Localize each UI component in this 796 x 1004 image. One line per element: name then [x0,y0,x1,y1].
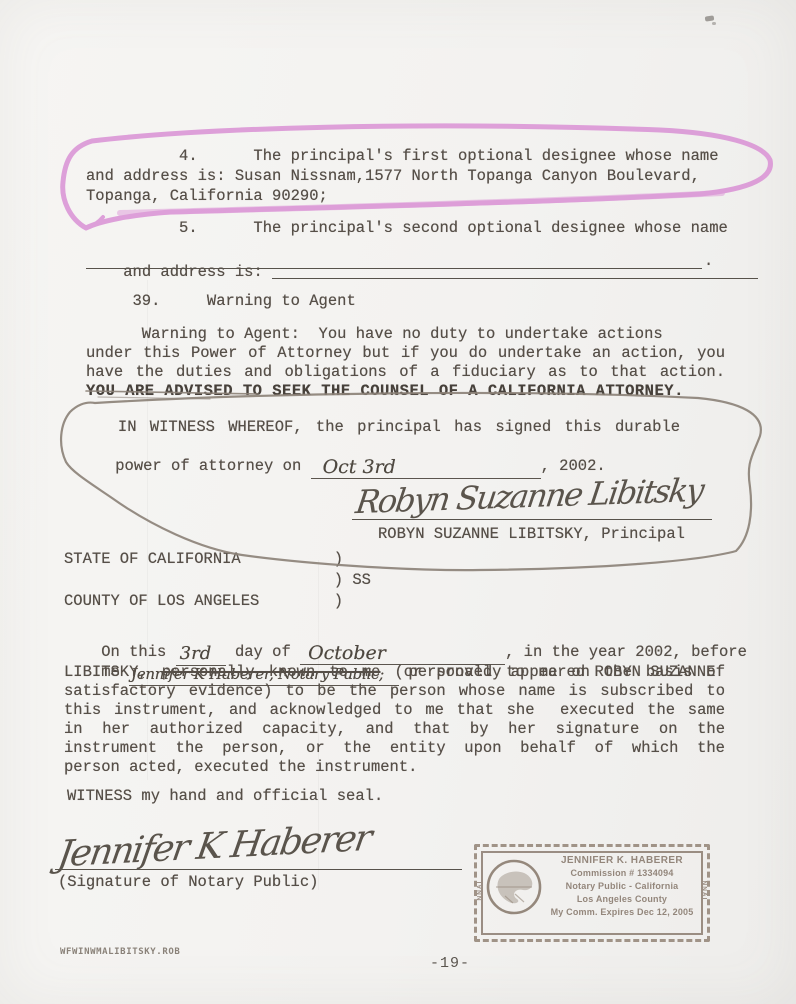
ack-line4: satisfactory evidence) to be the person … [64,682,725,701]
witness-seal-line: WITNESS my hand and official seal. [67,787,383,806]
warning-line2: under this Power of Attorney but if you … [86,344,725,363]
warning-line3: have the duties and obligations of a fid… [86,363,725,382]
stamp-title: Notary Public - California [541,880,703,893]
warning-heading: 39. Warning to Agent [86,292,725,311]
document-code: WFWINWMALIBITSKY.ROB [60,947,180,957]
warning-line1: Warning to Agent: You have no duty to un… [86,325,725,344]
ack-line3: LIBITSKY, personally known to me (or pro… [64,663,725,682]
stamp-edge-text: NNAI [477,876,484,906]
signature-line [352,503,712,520]
notary-stamp: JENNIFER K. HABERER Commission # 1334094… [474,844,710,942]
ack-line5: this instrument, and acknowledged to me … [64,701,725,720]
blank-line [86,252,702,269]
document-page: 4. The principal's first optional design… [0,0,796,1004]
para4-line2: and address is: Susan Nissnam,1577 North… [86,167,725,186]
page-number: -19- [430,955,470,972]
principal-signature-label: ROBYN SUZANNE LIBITSKY, Principal [378,525,685,544]
venue-county: COUNTY OF LOS ANGELES ) [64,592,725,611]
struck-text: personally known to me [162,663,381,681]
notary-signature-label: (Signature of Notary Public) [58,873,318,892]
witness-line2-text: power of attorney on [115,457,310,475]
scan-smudge [712,22,716,25]
stamp-expiry: My Comm. Expires Dec 12, 2005 [541,906,703,919]
para5-line1: 5. The principal's second optional desig… [86,219,725,238]
handwritten-date: Oct 3rd [311,460,541,479]
ack-line8: person acted, executed the instrument. [64,758,725,777]
ack-line3-b: (or proved to me on the basis of [380,663,725,681]
para4-line3: Topanga, California 90290; [86,187,725,206]
para4-line1: 4. The principal's first optional design… [86,147,725,166]
scan-smudge [705,15,715,21]
witness-line1: IN WITNESS WHEREOF, the principal has si… [78,418,680,437]
ack-line6: in her authorized capacity, and that by … [64,720,725,739]
warning-line4-bold: YOU ARE ADVISED TO SEEK THE COUNSEL OF A… [86,382,725,401]
venue-state: STATE OF CALIFORNIA ) [64,550,725,569]
para5-period: . [704,252,713,271]
ack-line3-a: LIBITSKY, [64,663,162,681]
venue-ss: ) SS [64,571,725,590]
stamp-name: JENNIFER K. HABERER [541,854,703,867]
stamp-edge-text: NNAI [701,876,708,906]
ack-line7: instrument the person, or the entity upo… [64,739,725,758]
signature-line [55,853,462,870]
state-seal-icon [485,856,543,918]
witness-line2-year: , 2002. [541,457,606,475]
stamp-commission: Commission # 1334094 [541,867,703,880]
stamp-county: Los Angeles County [541,893,703,906]
